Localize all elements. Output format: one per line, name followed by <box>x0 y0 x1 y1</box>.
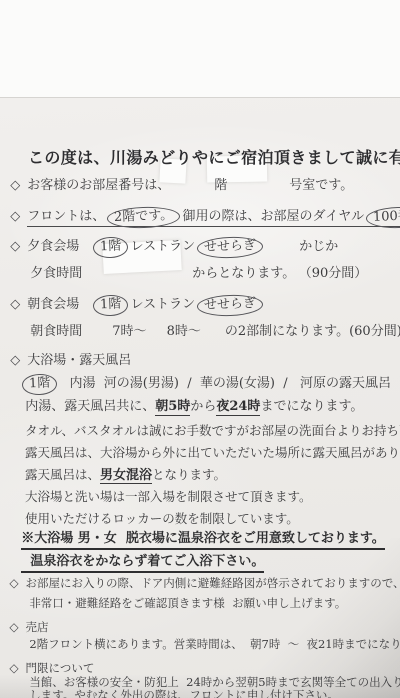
diamond-bullet-icon: ◇ <box>10 297 20 312</box>
diamond-bullet-icon: ◇ <box>10 239 20 254</box>
breakfast-slot2: 8時～ <box>167 324 201 339</box>
curfew-text2: します。やむなく外出の際は、フロントに申し付け下さい。 <box>29 688 339 698</box>
evacuation-text2: 非常口・避難経路をご確認頂きます様 お願い申し上げます。 <box>29 596 346 610</box>
diamond-bullet-icon: ◇ <box>9 576 18 590</box>
curfew-line2: します。やむなく外出の際は、フロントに申し付け下さい。 <box>22 674 339 698</box>
dinner-duration: （90分間） <box>305 266 367 281</box>
evacuation-line2: 非常口・避難経路をご確認頂きます様 お願い申し上げます。 <box>22 582 346 611</box>
dinner-time-line: 夕食時間からとなります。（90分間） <box>22 250 367 283</box>
diamond-bullet-icon: ◇ <box>9 661 18 675</box>
scanner-background <box>0 0 400 97</box>
diamond-bullet-icon: ◇ <box>9 620 18 634</box>
scanned-hotel-notice: { "doc": { "bullet": "◇", "title": "この度は… <box>0 0 400 698</box>
room-number-line: ◇お客様のお部屋番号は、階号室です。 <box>2 162 353 195</box>
circled-dial-number: 100番を <box>366 206 400 229</box>
breakfast-time-line: 朝食時間7時～8時～の2部制になります。(60分間) <box>22 308 400 341</box>
breakfast-time-suffix: の2部制になります。(60分間) <box>225 324 400 339</box>
